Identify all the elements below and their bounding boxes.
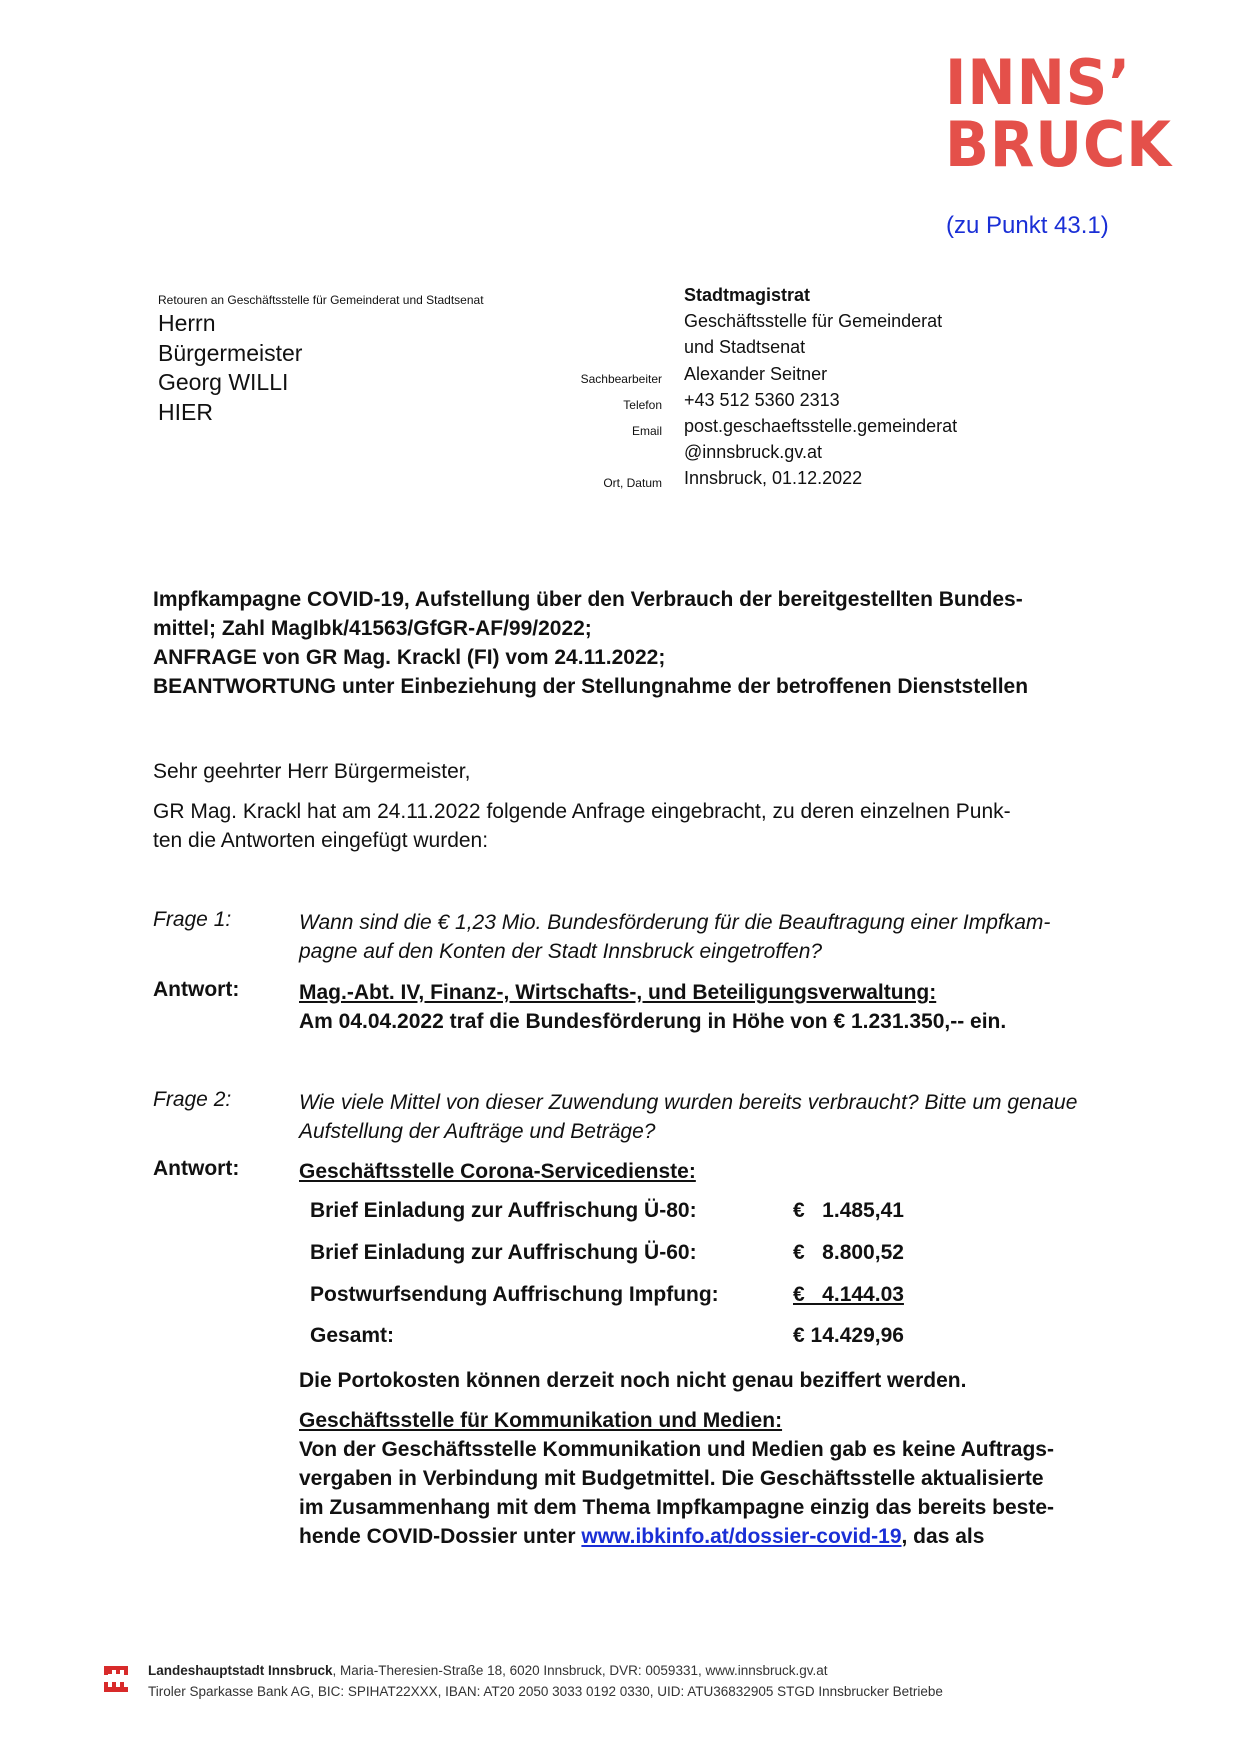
question-1-text: Wann sind die € 1,23 Mio. Bundesförderun… xyxy=(299,908,1139,966)
cost-amount: € 1.485,41 xyxy=(793,1199,923,1223)
answer-2-label: Antwort: xyxy=(153,1157,239,1181)
answer-1-body: Am 04.04.2022 traf die Bundesförderung i… xyxy=(299,1007,1139,1036)
recipient-line: Bürgermeister xyxy=(158,339,302,369)
question-1-label: Frage 1: xyxy=(153,908,231,932)
subject-line: BEANTWORTUNG unter Einbeziehung der Stel… xyxy=(153,672,1113,701)
question-line: pagne auf den Konten der Stadt Innsbruck… xyxy=(299,937,1139,966)
answer-2b-line: Von der Geschäftsstelle Kommunikation un… xyxy=(299,1435,1139,1464)
answer-2b-heading: Geschäftsstelle für Kommunikation und Me… xyxy=(299,1406,1139,1435)
innsbruck-logo: INNS’ BRUCK xyxy=(945,52,1185,176)
cost-item: Brief Einladung zur Auffrischung Ü-80: xyxy=(310,1199,697,1223)
subject-line: Impfkampagne COVID-19, Aufstellung über … xyxy=(153,585,1113,614)
question-line: Wann sind die € 1,23 Mio. Bundesförderun… xyxy=(299,908,1139,937)
subject-line: mittel; Zahl MagIbk/41563/GfGR-AF/99/202… xyxy=(153,614,1113,643)
sender-department: Geschäftsstelle für Gemeinderat xyxy=(684,311,942,332)
sender-org: Stadtmagistrat xyxy=(684,285,810,306)
recipient-line: Georg WILLI xyxy=(158,368,302,398)
question-2-text: Wie viele Mittel von dieser Zuwendung wu… xyxy=(299,1088,1139,1146)
label-telefon: Telefon xyxy=(482,398,662,412)
answer-2b-line: vergaben in Verbindung mit Budgetmittel.… xyxy=(299,1464,1139,1493)
subject-line: ANFRAGE von GR Mag. Krackl (FI) vom 24.1… xyxy=(153,643,1113,672)
cost-amount: € 4.144.03 xyxy=(793,1283,923,1307)
value-sachbearbeiter: Alexander Seitner xyxy=(684,364,827,385)
recipient-line: HIER xyxy=(158,398,302,428)
salutation: Sehr geehrter Herr Bürgermeister, xyxy=(153,757,470,786)
footer-line-2: Tiroler Sparkasse Bank AG, BIC: SPIHAT22… xyxy=(148,1681,943,1702)
cost-item: Postwurfsendung Auffrischung Impfung: xyxy=(310,1283,719,1307)
answer-2b-line: im Zusammenhang mit dem Thema Impfkampag… xyxy=(299,1493,1139,1522)
subject-block: Impfkampagne COVID-19, Aufstellung über … xyxy=(153,585,1113,701)
value-ort-datum: Innsbruck, 01.12.2022 xyxy=(684,468,862,489)
value-email-domain: @innsbruck.gv.at xyxy=(684,442,822,463)
intro-line: ten die Antworten eingefügt wurden: xyxy=(153,826,1123,855)
label-ort-datum: Ort, Datum xyxy=(482,476,662,490)
answer-1-heading: Mag.-Abt. IV, Finanz-, Wirtschafts-, und… xyxy=(299,978,1139,1007)
question-line: Aufstellung der Aufträge und Beträge? xyxy=(299,1117,1139,1146)
agenda-reference: (zu Punkt 43.1) xyxy=(946,212,1109,240)
answer-2b-line: hende COVID-Dossier unter www.ibkinfo.at… xyxy=(299,1522,1139,1551)
footer-line-1: Landeshauptstadt Innsbruck, Maria-Theres… xyxy=(148,1660,943,1681)
dossier-link[interactable]: www.ibkinfo.at/dossier-covid-19 xyxy=(581,1525,901,1548)
answer-2b-text: , das als xyxy=(902,1525,985,1548)
intro-line: GR Mag. Krackl hat am 24.11.2022 folgend… xyxy=(153,797,1123,826)
footer-address: , Maria-Theresien-Straße 18, 6020 Innsbr… xyxy=(333,1663,828,1678)
cost-amount: € 8.800,52 xyxy=(793,1241,923,1265)
sender-department-cont: und Stadtsenat xyxy=(684,337,805,358)
answer-2b-text: hende COVID-Dossier unter xyxy=(299,1525,581,1548)
cost-total-amount: € 14.429,96 xyxy=(793,1324,923,1348)
value-email: post.geschaeftsstelle.gemeinderat xyxy=(684,416,957,437)
answer-1-text: Mag.-Abt. IV, Finanz-, Wirtschafts-, und… xyxy=(299,978,1139,1036)
logo-line-2: BRUCK xyxy=(945,114,1168,176)
cost-total-label: Gesamt: xyxy=(310,1324,394,1348)
label-sachbearbeiter: Sachbearbeiter xyxy=(482,372,662,386)
footer-org: Landeshauptstadt Innsbruck xyxy=(148,1663,333,1678)
innsbruck-crest-icon xyxy=(103,1664,129,1694)
answer-1-label: Antwort: xyxy=(153,978,239,1002)
answer-2b: Geschäftsstelle für Kommunikation und Me… xyxy=(299,1406,1139,1551)
label-email: Email xyxy=(482,424,662,438)
answer-2-heading: Geschäftsstelle Corona-Servicedienste: xyxy=(299,1157,1139,1186)
return-address-line: Retouren an Geschäftsstelle für Gemeinde… xyxy=(158,293,484,307)
value-telefon: +43 512 5360 2313 xyxy=(684,390,840,411)
answer-2-heading-text: Geschäftsstelle Corona-Servicedienste: xyxy=(299,1157,1139,1186)
cost-item: Brief Einladung zur Auffrischung Ü-60: xyxy=(310,1241,697,1265)
recipient-address: Herrn Bürgermeister Georg WILLI HIER xyxy=(158,309,302,427)
logo-line-1: INNS’ xyxy=(945,52,1168,114)
question-2-label: Frage 2: xyxy=(153,1088,231,1112)
porto-note: Die Portokosten können derzeit noch nich… xyxy=(299,1366,1139,1395)
question-line: Wie viele Mittel von dieser Zuwendung wu… xyxy=(299,1088,1139,1117)
recipient-line: Herrn xyxy=(158,309,302,339)
intro-paragraph: GR Mag. Krackl hat am 24.11.2022 folgend… xyxy=(153,797,1123,855)
